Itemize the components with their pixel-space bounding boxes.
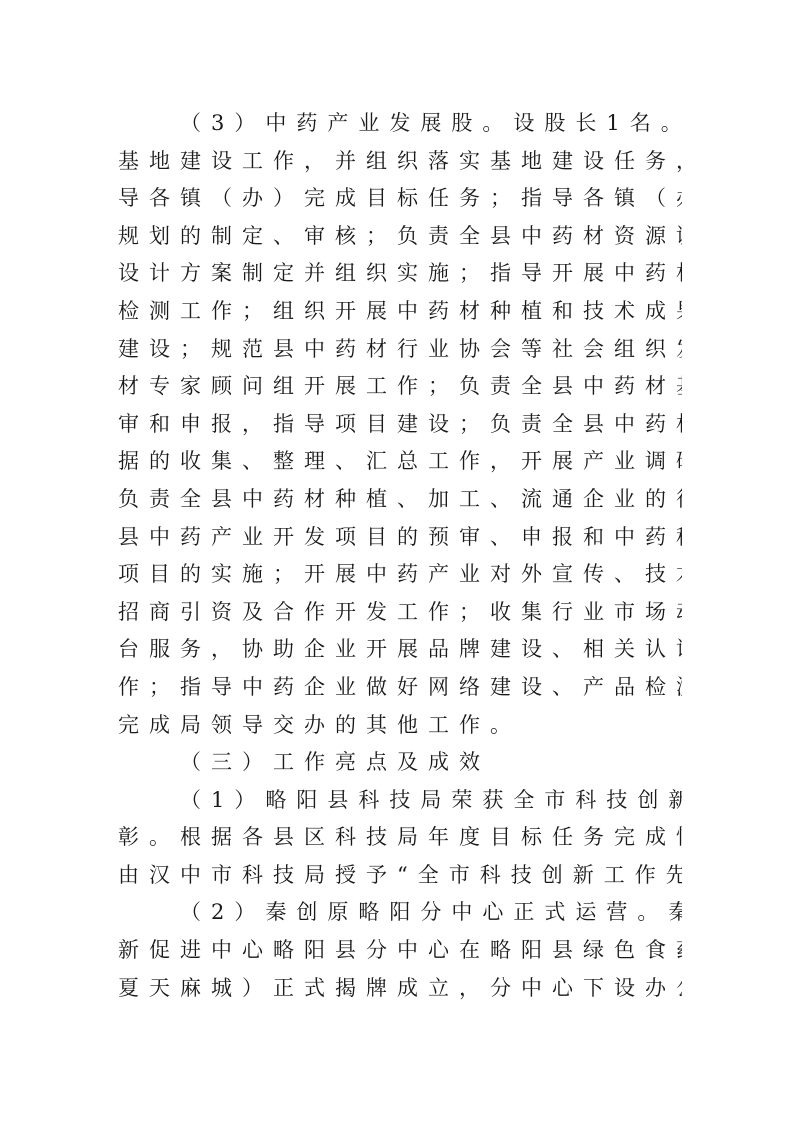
text-line: 审和申报，指导项目建设；负责全县中药材基地建设各项数 [118,406,682,444]
text-line: 基地建设工作，并组织落实基地建设任务，督促、检查、指 [118,143,682,181]
text-line: 招商引资及合作开发工作；收集行业市场动态，提供信息平 [118,594,682,632]
text-line: 完成局领导交办的其他工作。 [118,707,682,745]
text-line: （2）秦创原略阳分中心正式运营。秦创原（汉中）创 [118,894,682,932]
text-line: 检测工作；组织开展中药材种植和技术成果应用及人才队伍 [118,293,682,331]
text-line: 县中药产业开发项目的预审、申报和中药种植加工企业相关 [118,519,682,557]
text-line: 导各镇（办）完成目标任务；指导各镇（办）中药产业发展 [118,180,682,218]
text-line: 负责全县中药材种植、加工、流通企业的行业管理；负责全 [118,481,682,519]
text-line: 设计方案制定并组织实施；指导开展中药材技术培训、化验 [118,255,682,293]
text-line: （1）略阳县科技局荣获全市科技创新工作先进单位表 [118,782,682,820]
text-line: 据的收集、整理、汇总工作，开展产业调研，提供信息服务； [118,443,682,481]
text-line: 材专家顾问组开展工作；负责全县中药材基地建设项目的预 [118,368,682,406]
text-line: 夏天麻城）正式揭牌成立，分中心下设办公服务区、成果展 [118,970,682,1008]
text-line: 台服务，协助企业开展品牌建设、相关认证及新产品研发工 [118,631,682,669]
text-line: 新促进中心略阳县分中心在略阳县绿色食药科技产业园（华 [118,932,682,970]
document-page: （3）中药产业发展股。设股长1名。负责全县中药材 基地建设工作，并组织落实基地建… [118,105,682,1007]
section-heading: （三）工作亮点及成效 [118,744,682,782]
text-line: 由汉中市科技局授予“全市科技创新工作先进单位”称号。 [118,857,682,895]
text-line: 彰。根据各县区科技局年度目标任务完成情况，经综合评定， [118,819,682,857]
text-line: （3）中药产业发展股。设股长1名。负责全县中药材 [118,105,682,143]
text-line: 项目的实施；开展中药产业对外宣传、技术交流、成果应用， [118,556,682,594]
text-line: 作；指导中药企业做好网络建设、产品检测及安全生产工作； [118,669,682,707]
text-line: 建设；规范县中药材行业协会等社会组织发展；配合县中药 [118,331,682,369]
text-line: 规划的制定、审核；负责全县中药材资源调查及保护的规划 [118,218,682,256]
